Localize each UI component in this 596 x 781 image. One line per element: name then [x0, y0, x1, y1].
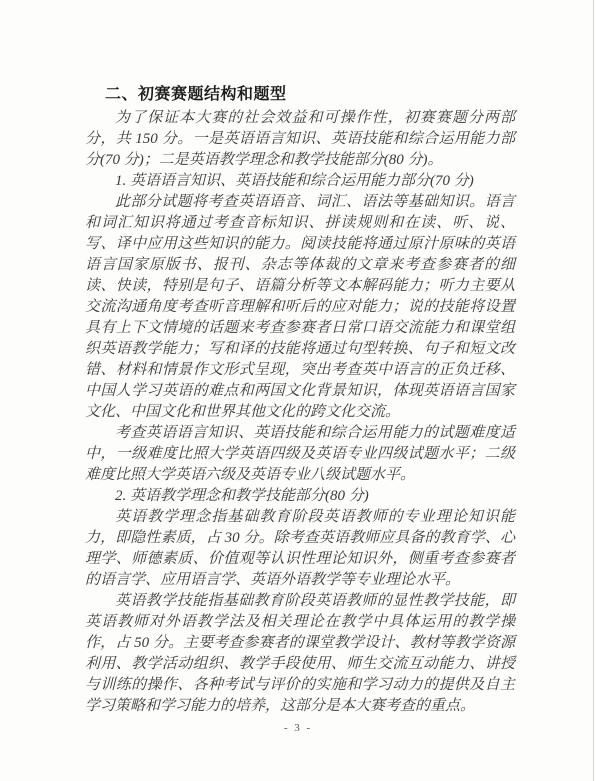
subsection-1-title: 1. 英语语言知识、英语技能和综合运用能力部分(70 分): [85, 171, 515, 192]
paragraph-intro: 为了保证本大赛的社会效益和可操作性，初赛赛题分两部分，共 150 分。一是英语语…: [85, 108, 515, 171]
paragraph-part1-description: 此部分试题将考查英语语音、词汇、语法等基础知识。语言和词汇知识将通过考查音标知识…: [85, 192, 515, 423]
subsection-2-title: 2. 英语教学理念和教学技能部分(80 分): [85, 486, 515, 507]
page-number: - 3 -: [0, 721, 596, 735]
scanned-document-page: 二、初赛赛题结构和题型 为了保证本大赛的社会效益和可操作性，初赛赛题分两部分，共…: [0, 0, 596, 781]
paragraph-teaching-theory: 英语教学理念指基础教育阶段英语教师的专业理论知识能力，即隐性素质，占 30 分。…: [85, 507, 515, 591]
text-block: 二、初赛赛题结构和题型 为了保证本大赛的社会效益和可操作性，初赛赛题分两部分，共…: [85, 86, 515, 717]
paragraph-difficulty-levels: 考查英语语言知识、英语技能和综合运用能力的试题难度适中，一级难度比照大学英语四级…: [85, 423, 515, 486]
section-heading: 二、初赛赛题结构和题型: [105, 86, 515, 104]
scan-edge-line: [593, 0, 594, 781]
paragraph-teaching-skills: 英语教学技能指基础教育阶段英语教师的显性教学技能，即英语教师对外语教学法及相关理…: [85, 591, 515, 717]
